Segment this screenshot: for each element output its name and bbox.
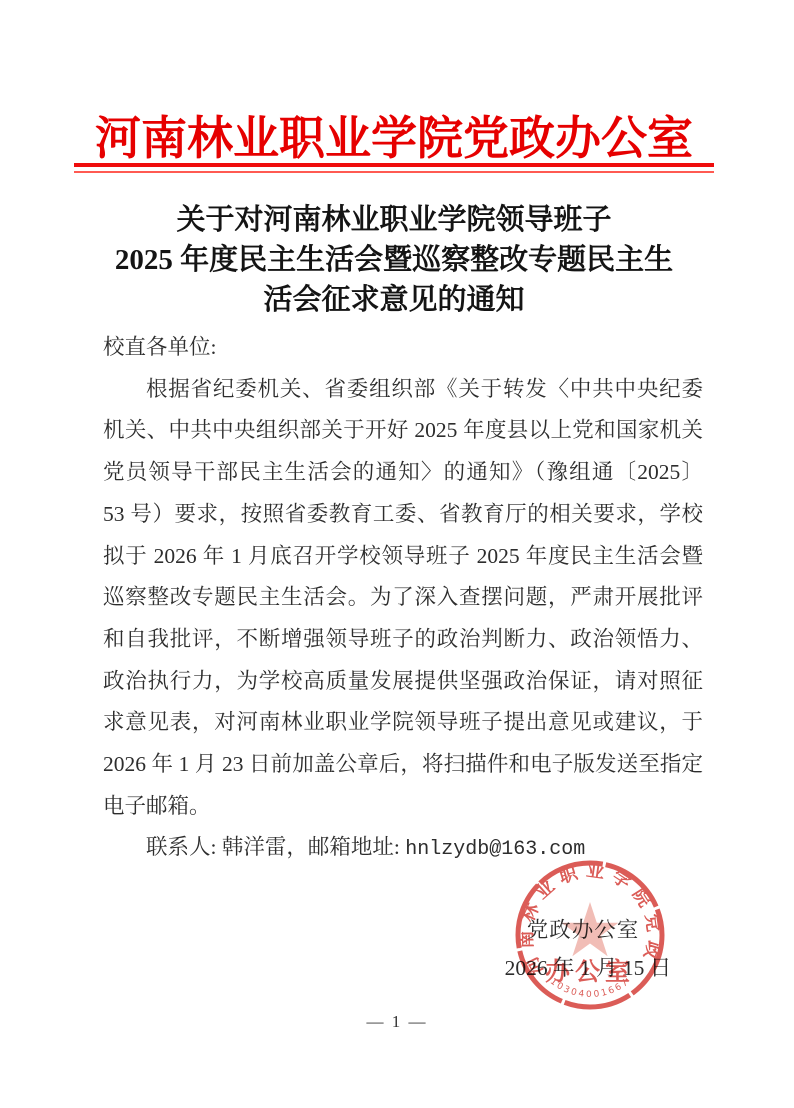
- document-page: 河南林业职业学院党政办公室 关于对河南林业职业学院领导班子2025 年度民主生活…: [0, 0, 794, 1108]
- seal-star-icon: [562, 902, 619, 956]
- document-body: 校直各单位: 根据省纪委机关、省委组织部《关于转发〈中共中央纪委机关、中共中央组…: [103, 327, 703, 827]
- contact-prefix: 联系人: 韩洋雷，邮箱地址:: [146, 835, 405, 859]
- body-paragraph: 根据省纪委机关、省委组织部《关于转发〈中共中央纪委机关、中共中央组织部关于开好 …: [103, 369, 703, 828]
- document-title: 关于对河南林业职业学院领导班子2025 年度民主生活会暨巡察整改专题民主生活会征…: [74, 200, 714, 320]
- text-line: 53 号）要求，按照省委教育工委、省教育厅的相关要求，学校: [103, 494, 703, 536]
- salutation: 校直各单位:: [103, 327, 703, 369]
- text-line: 电子邮箱。: [103, 786, 703, 828]
- letterhead-org-name: 河南林业职业学院党政办公室: [74, 102, 714, 168]
- official-seal: 河南林业职业学院党政 办公室 4103040016678: [505, 850, 675, 1020]
- text-line: 活会征求意见的通知: [74, 280, 714, 320]
- text-line: 根据省纪委机关、省委组织部《关于转发〈中共中央纪委: [103, 369, 703, 411]
- text-line: 巡察整改专题民主生活会。为了深入查摆问题，严肃开展批评: [103, 577, 703, 619]
- text-line: 2025 年度民主生活会暨巡察整改专题民主生: [74, 240, 714, 280]
- text-line: 机关、中共中央组织部关于开好 2025 年度县以上党和国家机关: [103, 410, 703, 452]
- text-line: 和自我批评，不断增强领导班子的政治判断力、政治领悟力、: [103, 619, 703, 661]
- text-line: 2026 年 1 月 23 日前加盖公章后，将扫描件和电子版发送至指定: [103, 744, 703, 786]
- letterhead-rule-thin: [74, 171, 714, 173]
- text-line: 政治执行力，为学校高质量发展提供坚强政治保证，请对照征: [103, 661, 703, 703]
- text-line: 拟于 2026 年 1 月底召开学校领导班子 2025 年度民主生活会暨: [103, 536, 703, 578]
- text-line: 关于对河南林业职业学院领导班子: [74, 200, 714, 240]
- letterhead-rule-thick: [74, 163, 714, 167]
- text-line: 党员领导干部民主生活会的通知〉的通知》（豫组通〔2025〕: [103, 452, 703, 494]
- text-line: 求意见表，对河南林业职业学院领导班子提出意见或建议，于: [103, 702, 703, 744]
